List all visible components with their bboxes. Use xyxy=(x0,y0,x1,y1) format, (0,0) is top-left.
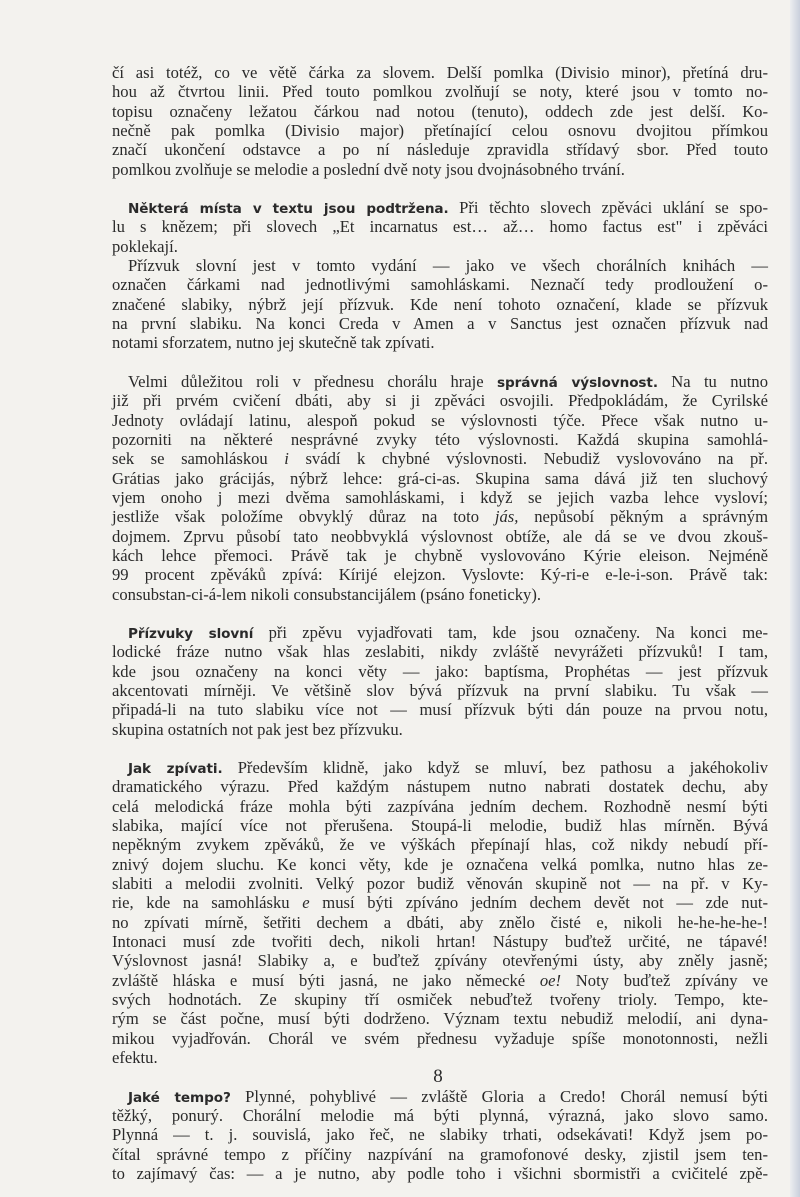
page-number: 8 xyxy=(0,1066,800,1088)
text-run: zvláště hláska e musí býti jasná, ne jak… xyxy=(112,971,540,990)
text-line: Plynná — t. j. souvislá, jako řeč, ne sl… xyxy=(112,1125,768,1144)
text-run: Velmi důležitou roli v přednesu chorálu … xyxy=(128,372,497,391)
page-edge-shadow xyxy=(790,0,800,1197)
text-run: při zpěvu vyjadřovati tam, kde jsou ozna… xyxy=(253,623,768,642)
text-run: Především klidně, jako když se mluví, be… xyxy=(223,758,768,777)
text-line: znivý dojem sluchu. Ke konci věty, kde j… xyxy=(112,855,768,874)
paragraph-underlined-places: Některá místa v textu jsou podtržena. Př… xyxy=(112,198,768,256)
text-line: značené slabiky, nýbrž její přízvuk. Kde… xyxy=(112,295,768,314)
text-line: Velmi důležitou roli v přednesu chorálu … xyxy=(112,372,768,391)
text-line: čí asi totéž, co ve větě čárka za slovem… xyxy=(112,63,768,82)
text-line: již při prvém cvičení dbáti, aby si ji z… xyxy=(112,391,768,410)
text-line: consubstan-ci-á-lem nikoli consubstancij… xyxy=(112,585,768,604)
stray-mark: • xyxy=(437,962,441,977)
text-line: nepěkným zvykem zpěváků, že ve výškách p… xyxy=(112,835,768,854)
text-line: akcentovati mírněji. Ve většině slov býv… xyxy=(112,681,768,700)
text-line: označen čárkami nad jednotlivými samohlá… xyxy=(112,275,768,294)
text-line: pozorniti na některé nesprávné zvyky tét… xyxy=(112,430,768,449)
text-line: sek se samohláskou i svádí k chybné výsl… xyxy=(112,449,768,468)
paragraph-divisio: čí asi totéž, co ve větě čárka za slovem… xyxy=(112,63,768,179)
text-line: poklekají. xyxy=(112,237,768,256)
text-line: slabiti a melodii zvolniti. Velký pozor … xyxy=(112,874,768,893)
text-line: lu s knězem; při slovech „Et incarnatus … xyxy=(112,217,768,236)
text-run: musí býti zpíváno jedním dechem devět no… xyxy=(310,893,768,912)
text-line: rým se část počne, musí býti dodrženo. V… xyxy=(112,1009,768,1028)
text-line: kde jsou označeny na konci věty — jako: … xyxy=(112,662,768,681)
text-line: pomlkou zvolňuje se melodie a poslední d… xyxy=(112,160,768,179)
italic-run: jás, xyxy=(495,507,519,526)
text-run: Noty buďtež zpívány ve xyxy=(561,971,768,990)
text-line: Přízvuk slovní jest v tomto vydání — jak… xyxy=(112,256,768,275)
text-line: Jednoty ovládají latinu, alespoň pokud s… xyxy=(112,411,768,430)
italic-run: oe! xyxy=(540,971,561,990)
text-line: značí ukončení odstavce a po ní následuj… xyxy=(112,140,768,159)
text-line: no zpívati mírně, šetřiti dechem a dbáti… xyxy=(112,913,768,932)
text-line: na první slabiku. Na konci Creda v Amen … xyxy=(112,314,768,333)
text-line: rie, kde na samohlásku e musí býti zpívá… xyxy=(112,893,768,912)
text-run: Plynné, pohyblivé — zvláště Gloria a Cre… xyxy=(231,1087,768,1106)
text-line: slabika, mající více not přerušena. Stou… xyxy=(112,816,768,835)
text-line: čítal správné tempo z příčiny nazpívání … xyxy=(112,1145,768,1164)
text-run: rie, kde na samohlásku xyxy=(112,893,302,912)
document-page: čí asi totéž, co ve větě čárka za slovem… xyxy=(112,63,768,1183)
text-line: mikou vyjadřován. Chorál ve svém přednes… xyxy=(112,1029,768,1048)
text-line: Jak zpívati. Především klidně, jako když… xyxy=(112,758,768,777)
text-line: topisu označeny ležatou čárkou nad notou… xyxy=(112,102,768,121)
text-line: hou až čtvrtou linii. Před touto pomlkou… xyxy=(112,82,768,101)
paragraph-pronunciation: Velmi důležitou roli v přednesu chorálu … xyxy=(112,372,768,604)
text-line: dojmem. Zprvu působí tato neobbvyklá výs… xyxy=(112,527,768,546)
text-line: skupina ostatních not pak jest bez přízv… xyxy=(112,720,768,739)
text-line: vjem onoho j mezi dvěma samohláskami, i … xyxy=(112,488,768,507)
text-line: Intonaci musí zde tvořiti dech, nikoli h… xyxy=(112,932,768,951)
text-line: efektu. xyxy=(112,1048,768,1067)
text-line: Některá místa v textu jsou podtržena. Př… xyxy=(112,198,768,217)
section-heading: Přízvuky slovní xyxy=(128,626,253,642)
text-line: notami sforzatem, nutno jej skutečně tak… xyxy=(112,333,768,352)
text-run: jestliže však položíme obvyklý důraz na … xyxy=(112,507,495,526)
paragraph-how-to-sing: Jak zpívati. Především klidně, jako když… xyxy=(112,758,768,1068)
emphasis-heading: správná výslovnost. xyxy=(497,375,658,391)
section-heading: Jaké tempo? xyxy=(128,1090,231,1106)
paragraph-word-accent: Přízvuk slovní jest v tomto vydání — jak… xyxy=(112,256,768,353)
section-heading: Některá místa v textu jsou podtržena. xyxy=(128,201,449,217)
text-line: kách lehce přemoci. Právě tak je chybně … xyxy=(112,546,768,565)
italic-run: e xyxy=(302,893,309,912)
text-line: Přízvuky slovní při zpěvu vyjadřovati ta… xyxy=(112,623,768,642)
text-line: nečně pak pomlka (Divisio major) přetína… xyxy=(112,121,768,140)
text-run: Při těchto slovech zpěváci uklání se spo… xyxy=(449,198,768,217)
text-run: svádí k chybné výslovnosti. Nebudiž vysl… xyxy=(289,449,768,468)
text-run: nepůsobí pěkným a správným xyxy=(518,507,768,526)
text-line: 99 procent zpěváků zpívá: Kírijé elejzon… xyxy=(112,565,768,584)
text-line: svých hodnotách. Ze skupiny tří osmiček … xyxy=(112,990,768,1009)
text-run: Na tu nutno xyxy=(658,372,768,391)
text-line: Grátias jako grácijás, nýbrž lehce: grá-… xyxy=(112,469,768,488)
text-line: lodické fráze nutno však hlas zeslabiti,… xyxy=(112,642,768,661)
text-line: celá melodická fráze mohla býti zazpíván… xyxy=(112,797,768,816)
text-line: Jaké tempo? Plynné, pohyblivé — zvláště … xyxy=(112,1087,768,1106)
text-run: sek se samohláskou xyxy=(112,449,284,468)
text-line: to zajímavý čas: — a je nutno, aby podle… xyxy=(112,1164,768,1183)
paragraph-tempo: Jaké tempo? Plynné, pohyblivé — zvláště … xyxy=(112,1087,768,1184)
text-line: připadá-li na tuto slabiku více not — mu… xyxy=(112,700,768,719)
section-heading: Jak zpívati. xyxy=(128,761,223,777)
text-line: jestliže však položíme obvyklý důraz na … xyxy=(112,507,768,526)
text-line: těžký, ponurý. Chorální melodie má býti … xyxy=(112,1106,768,1125)
paragraph-word-accents: Přízvuky slovní při zpěvu vyjadřovati ta… xyxy=(112,623,768,739)
text-line: dramatického výrazu. Před každým nástupe… xyxy=(112,777,768,796)
